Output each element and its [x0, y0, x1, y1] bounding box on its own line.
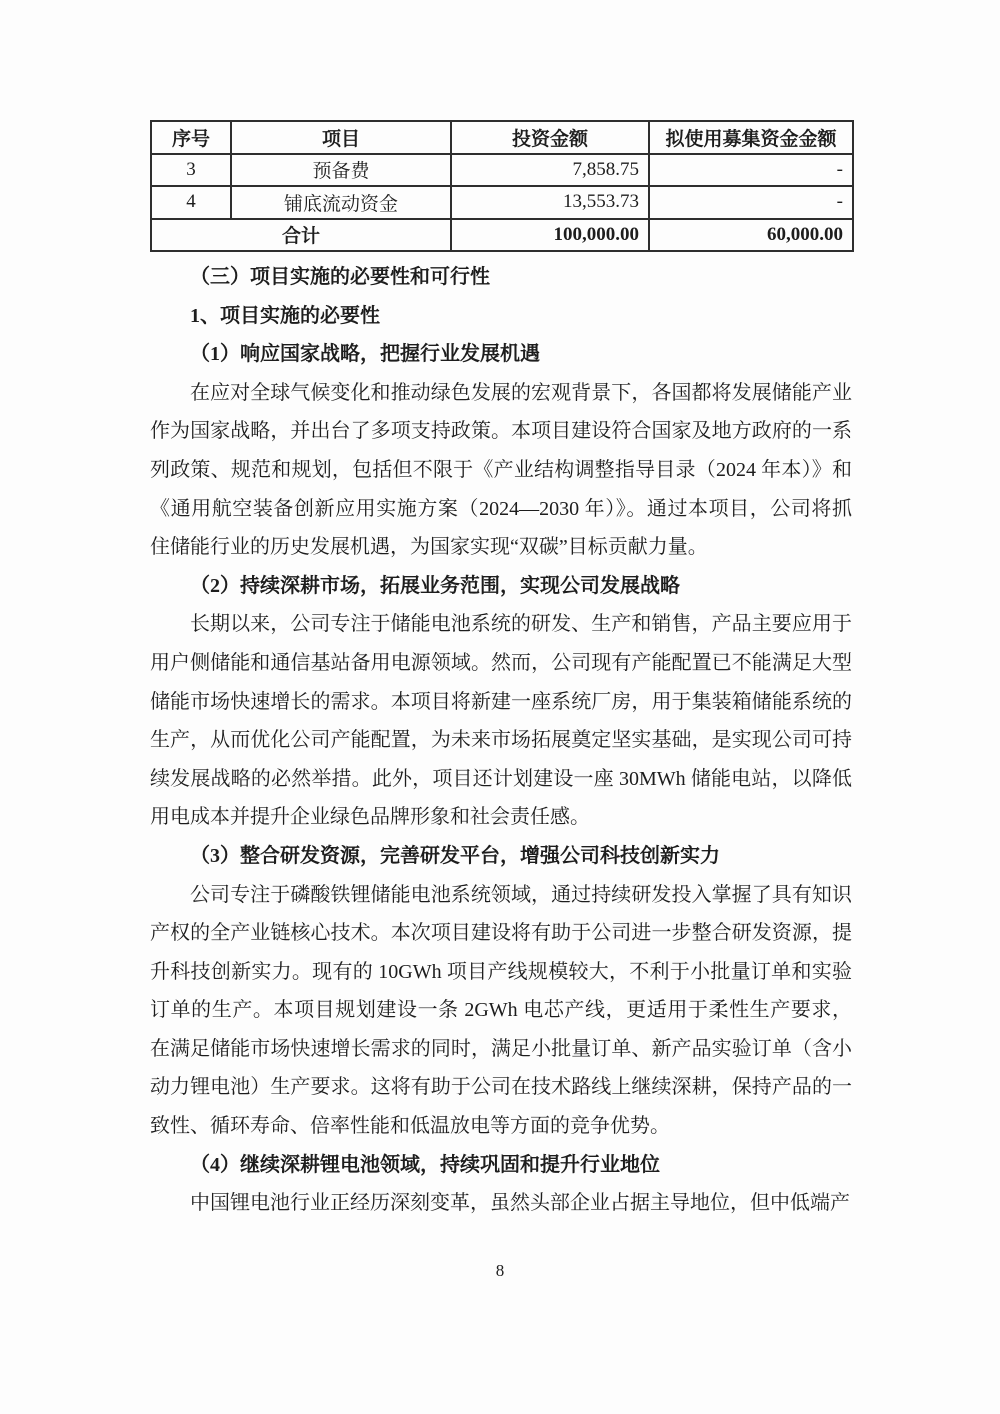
column-header-investment-amount: 投资金额 [451, 121, 649, 154]
cell-item: 铺底流动资金 [231, 186, 451, 219]
column-header-raised-funds-amount: 拟使用募集资金金额 [649, 121, 853, 154]
subsection-heading: 1、项目实施的必要性 [150, 297, 852, 336]
point1-heading: （1）响应国家战略，把握行业发展机遇 [150, 335, 852, 374]
cell-raised-funds: - [649, 154, 853, 187]
point2-paragraph: 长期以来，公司专注于储能电池系统的研发、生产和销售，产品主要应用于用户侧储能和通… [150, 605, 852, 837]
cell-total-investment: 100,000.00 [451, 219, 649, 252]
point3-paragraph: 公司专注于磷酸铁锂储能电池系统领域，通过持续研发投入掌握了具有知识产权的全产业链… [150, 876, 852, 1146]
table-header-row: 序号 项目 投资金额 拟使用募集资金金额 [151, 121, 853, 154]
point4-paragraph: 中国锂电池行业正经历深刻变革，虽然头部企业占据主导地位，但中低端产 [150, 1184, 852, 1223]
page-number: 8 [0, 1261, 1000, 1281]
cell-index: 3 [151, 154, 231, 187]
page-content: 序号 项目 投资金额 拟使用募集资金金额 3 预备费 7,858.75 - 4 … [150, 120, 852, 1223]
cell-item: 预备费 [231, 154, 451, 187]
table-total-row: 合计 100,000.00 60,000.00 [151, 219, 853, 252]
cell-raised-funds: - [649, 186, 853, 219]
point4-heading: （4）继续深耕锂电池领域，持续巩固和提升行业地位 [150, 1146, 852, 1185]
column-header-index: 序号 [151, 121, 231, 154]
section-heading: （三）项目实施的必要性和可行性 [150, 258, 852, 297]
document-page: 序号 项目 投资金额 拟使用募集资金金额 3 预备费 7,858.75 - 4 … [0, 0, 1000, 1414]
cell-index: 4 [151, 186, 231, 219]
table-row: 3 预备费 7,858.75 - [151, 154, 853, 187]
point2-heading: （2）持续深耕市场，拓展业务范围，实现公司发展战略 [150, 567, 852, 606]
investment-breakdown-table: 序号 项目 投资金额 拟使用募集资金金额 3 预备费 7,858.75 - 4 … [150, 120, 854, 252]
point3-heading: （3）整合研发资源，完善研发平台，增强公司科技创新实力 [150, 837, 852, 876]
cell-investment: 13,553.73 [451, 186, 649, 219]
cell-total-label: 合计 [151, 219, 451, 252]
column-header-item: 项目 [231, 121, 451, 154]
point1-paragraph: 在应对全球气候变化和推动绿色发展的宏观背景下，各国都将发展储能产业作为国家战略，… [150, 374, 852, 567]
cell-total-raised-funds: 60,000.00 [649, 219, 853, 252]
table-row: 4 铺底流动资金 13,553.73 - [151, 186, 853, 219]
cell-investment: 7,858.75 [451, 154, 649, 187]
